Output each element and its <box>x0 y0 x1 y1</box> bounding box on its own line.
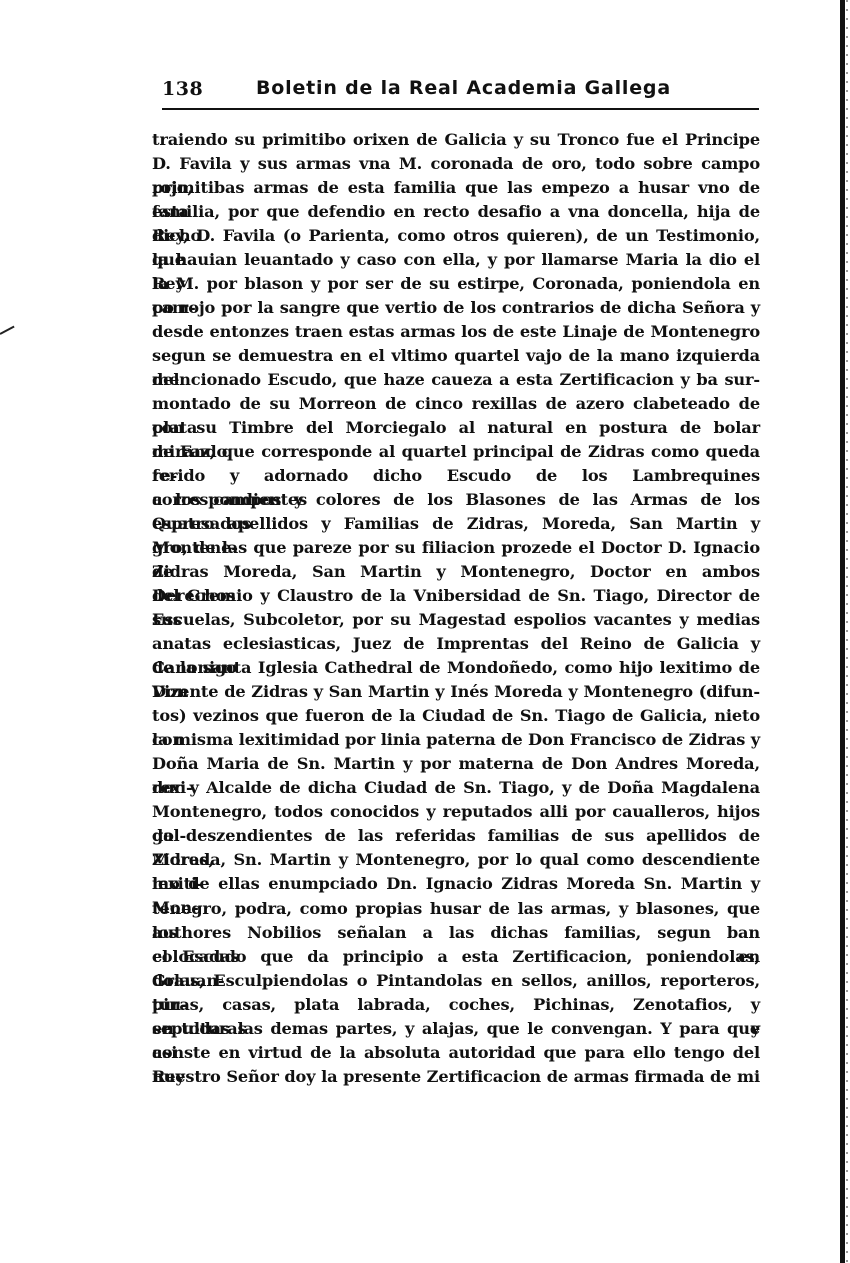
text-line-content: traiendo su primitibo orixen de Galicia … <box>152 128 760 152</box>
text-line: familia, por que defendio en recto desaf… <box>152 200 760 224</box>
running-title: Boletin de la Real Academia Gallega <box>256 77 671 99</box>
text-line: turas, casas, plata labrada, coches, Pic… <box>152 993 760 1017</box>
body-text: traiendo su primitibo orixen de Galicia … <box>152 128 760 1089</box>
text-line: authores Nobilios señalan a las dichas f… <box>152 921 760 945</box>
text-line: montado de su Morreon de cinco rexillas … <box>152 392 760 416</box>
text-line: Doña Maria de Sn. Martin y por materna d… <box>152 752 760 776</box>
text-line: mo de ellas enumpciado Dn. Ignacio Zidra… <box>152 872 760 896</box>
text-line: tos) vezinos que fueron de la Ciudad de … <box>152 704 760 728</box>
text-line: mencionado Escudo, que haze caueza a est… <box>152 368 760 392</box>
text-line: con su Timbre del Morciegalo al natural … <box>152 416 760 440</box>
text-line: D. Favila y sus armas vna M. coronada de… <box>152 152 760 176</box>
scan-edge-bar <box>840 0 845 1263</box>
text-line-content: Vizente de Zidras y San Martin y Inés Mo… <box>152 680 760 704</box>
text-line: conste en virtud de la absoluta autorida… <box>152 1041 760 1065</box>
text-line: dor y Alcalde de dicha Ciudad de Sn. Tia… <box>152 776 760 800</box>
text-line-content: Escuelas, Subcoletor, por su Magestad es… <box>152 608 760 632</box>
text-line: la misma lexitimidad por linia paterna d… <box>152 728 760 752</box>
text-line: Vizente de Zidras y San Martin y Inés Mo… <box>152 680 760 704</box>
text-line: gro, de las que pareze por su filiacion … <box>152 536 760 560</box>
text-line: Quatro apellidos y Familias de Zidras, M… <box>152 512 760 536</box>
text-line: traiendo su primitibo orixen de Galicia … <box>152 128 760 152</box>
text-line: po rojo por la sangre que vertio de los … <box>152 296 760 320</box>
margin-pencil-mark <box>0 326 15 335</box>
text-line: en todas las demas partes, y alajas, que… <box>152 1017 760 1041</box>
scan-edge-noise <box>846 0 848 1263</box>
text-line: a los campos y colores de los Blasones d… <box>152 488 760 512</box>
text-line: Montenegro, todos conocidos y reputados … <box>152 800 760 824</box>
text-line: la hauian leuantado y caso con ella, y p… <box>152 248 760 272</box>
text-line-content: mencionado Escudo, que haze caueza a est… <box>152 368 760 392</box>
text-line: segun se demuestra en el vltimo quartel … <box>152 344 760 368</box>
header-rule <box>162 108 759 110</box>
running-header: 138 Boletin de la Real Academia Gallega <box>162 78 760 104</box>
text-line: dolas, Esculpiendolas o Pintandolas en s… <box>152 969 760 993</box>
text-line: Escuelas, Subcoletor, por su Magestad es… <box>152 608 760 632</box>
text-line: desde entonzes traen estas armas los de … <box>152 320 760 344</box>
text-line: la M. por blason y por ser de su estirpe… <box>152 272 760 296</box>
text-line: go deszendientes de las referidas famili… <box>152 824 760 848</box>
text-line: Zidras Moreda, San Martin y Montenegro, … <box>152 560 760 584</box>
text-line-content: nuestro Señor doy la presente Zertificac… <box>152 1065 760 1089</box>
text-line: primitibas armas de esta familia que las… <box>152 176 760 200</box>
page-number: 138 <box>162 78 203 100</box>
text-line-content: dor y Alcalde de dicha Ciudad de Sn. Tia… <box>152 776 760 800</box>
text-line: Moreda, Sn. Martin y Montenegro, por lo … <box>152 848 760 872</box>
text-line: el Escudo que da principio a esta Zertif… <box>152 945 760 969</box>
text-line: Rey, D. Favila (o Parienta, como otros q… <box>152 224 760 248</box>
text-line: de Faz, que corresponde al quartel princ… <box>152 440 760 464</box>
text-line: del Gremio y Claustro de la Vnibersidad … <box>152 584 760 608</box>
text-line-content: po rojo por la sangre que vertio de los … <box>152 296 760 320</box>
text-line: de la santa Iglesia Cathedral de Mondoñe… <box>152 656 760 680</box>
text-line: nuestro Señor doy la presente Zertificac… <box>152 1065 760 1089</box>
text-line-content: desde entonzes traen estas armas los de … <box>152 320 760 344</box>
text-line-content: la misma lexitimidad por linia paterna d… <box>152 728 760 752</box>
text-line: anatas eclesiasticas, Juez de Imprentas … <box>152 632 760 656</box>
text-line: tenegro, podra, como propias husar de la… <box>152 897 760 921</box>
text-line: ferido y adornado dicho Escudo de los La… <box>152 464 760 488</box>
